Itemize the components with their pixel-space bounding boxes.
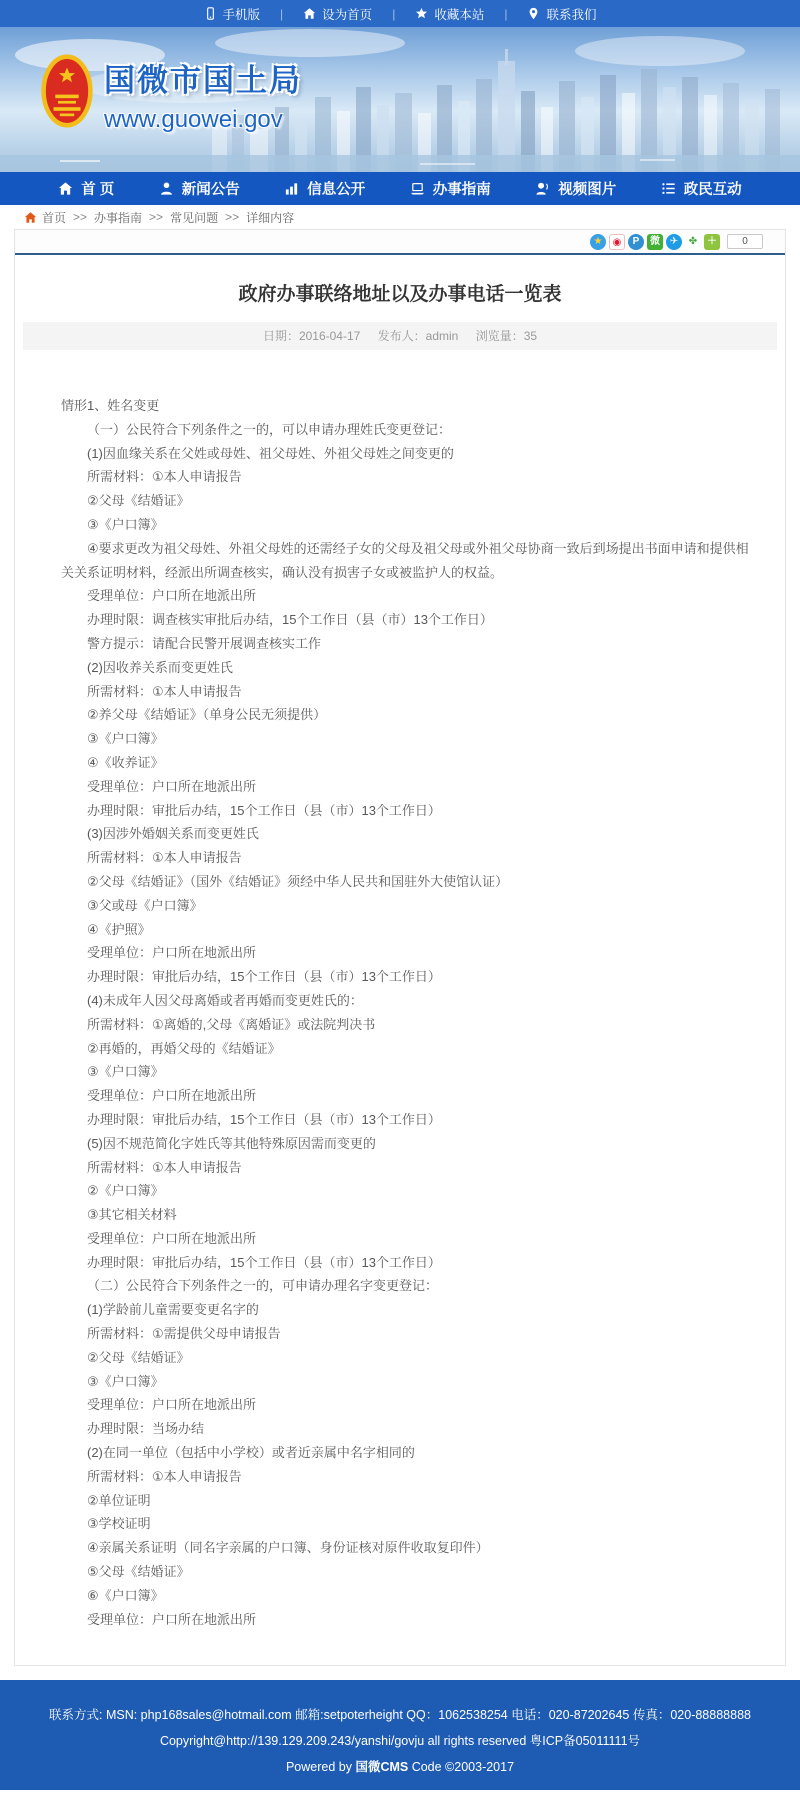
national-emblem-logo	[40, 53, 94, 134]
article-paragraph: 所需材料：①本人申请报告	[61, 1465, 751, 1489]
share-count[interactable]: 0	[727, 234, 763, 249]
breadcrumb-link-0[interactable]: 首页	[42, 209, 66, 226]
article-paragraph: (4)未成年人因父母离婚或者再婚而变更姓氏的：	[61, 989, 751, 1013]
topbar-links: 手机版|设为首页|收藏本站|联系我们	[184, 0, 617, 27]
article-paragraph: ③《户口簿》	[61, 1060, 751, 1084]
nav-item-3[interactable]: 办事指南	[410, 178, 491, 199]
chart-icon	[284, 181, 299, 196]
footer-copyright-line: Copyright@http://139.129.209.243/yanshi/…	[0, 1731, 800, 1749]
article-paragraph: (1)因血缘关系在父姓或母姓、祖父母姓、外祖父母姓之间变更的	[61, 442, 751, 466]
article-paragraph: 所需材料：①离婚的,父母《离婚证》或法院判决书	[61, 1013, 751, 1037]
article-paragraph: 办理时限：审批后办结，15个工作日（县（市）13个工作日）	[61, 1108, 751, 1132]
article-paragraph: ③父或母《户口簿》	[61, 894, 751, 918]
wechat-icon[interactable]: 微	[647, 234, 663, 250]
site-identity: 国微市国土局 www.guowei.gov	[104, 55, 302, 134]
tencent-weibo-icon[interactable]: P	[628, 234, 644, 250]
nav-item-2[interactable]: 信息公开	[284, 178, 365, 199]
site-title: 国微市国土局	[104, 55, 302, 100]
page-title: 政府办事联络地址以及办事电话一览表	[15, 279, 785, 306]
article-paragraph: ②养父母《结婚证》（单身公民无须提供）	[61, 703, 751, 727]
breadcrumb-link-1[interactable]: 办事指南	[94, 209, 142, 226]
breadcrumb: 首页>>办事指南>>常见问题>>详细内容	[0, 205, 800, 229]
article-paragraph: ⑤父母《结婚证》	[61, 1560, 751, 1584]
article-paragraph: ④《收养证》	[61, 751, 751, 775]
user-icon	[159, 181, 174, 196]
article-paragraph: 所需材料：①本人申请报告	[61, 846, 751, 870]
article-paragraph: 受理单位：户口所在地派出所	[61, 941, 751, 965]
article-paragraph: ④《护照》	[61, 918, 751, 942]
article-paragraph: 办理时限：调查核实审批后办结，15个工作日（县（市）13个工作日）	[61, 608, 751, 632]
article-publisher: 发布人：admin	[378, 329, 459, 343]
topbar: 手机版|设为首页|收藏本站|联系我们	[0, 0, 800, 27]
article-paragraph: (1)学龄前儿童需要变更名字的	[61, 1298, 751, 1322]
page-footer: 联系方式: MSN: php168sales@hotmail.com 邮箱:se…	[0, 1680, 800, 1790]
article-paragraph: ②单位证明	[61, 1489, 751, 1513]
breadcrumb-separator: >>	[149, 210, 163, 224]
home-icon	[303, 7, 316, 20]
topbar-link-3[interactable]: 联系我们	[507, 0, 616, 27]
article-paragraph: ③学校证明	[61, 1512, 751, 1536]
article-paragraph: 受理单位：户口所在地派出所	[61, 1608, 751, 1632]
footer-powered-line: Powered by 国微CMS Code ©2003-2017	[0, 1757, 800, 1775]
article-paragraph: ②父母《结婚证》	[61, 489, 751, 513]
nav-item-label: 首 页	[81, 178, 114, 199]
breadcrumb-separator: >>	[73, 210, 87, 224]
article-paragraph: ④要求更改为祖父母姓、外祖父母姓的还需经子女的父母及祖父母或外祖父母协商一致后到…	[61, 537, 751, 585]
article-paragraph: 受理单位：户口所在地派出所	[61, 1084, 751, 1108]
nav-item-label: 办事指南	[433, 178, 491, 199]
breadcrumb-separator: >>	[225, 210, 239, 224]
article: 政府办事联络地址以及办事电话一览表 日期：2016-04-17 发布人：admi…	[15, 279, 785, 1665]
article-paragraph: ③《户口簿》	[61, 1370, 751, 1394]
qq-share-icon[interactable]: ✈	[666, 234, 682, 250]
breadcrumb-link-2[interactable]: 常见问题	[170, 209, 218, 226]
main-navigation: 首 页新闻公告信息公开办事指南视频图片政民互动	[0, 172, 800, 205]
article-paragraph: ③《户口簿》	[61, 513, 751, 537]
nav-item-4[interactable]: 视频图片	[535, 178, 616, 199]
topbar-link-0[interactable]: 手机版	[184, 0, 281, 27]
video-icon	[535, 181, 550, 196]
article-paragraph: ③其它相关材料	[61, 1203, 751, 1227]
location-icon	[527, 7, 540, 20]
nav-item-0[interactable]: 首 页	[58, 178, 114, 199]
more-share-icon[interactable]: ＋	[704, 234, 720, 250]
article-paragraph: 受理单位：户口所在地派出所	[61, 584, 751, 608]
breadcrumb-current: 详细内容	[246, 209, 294, 226]
site-url: www.guowei.gov	[104, 106, 302, 134]
nav-item-5[interactable]: 政民互动	[661, 178, 742, 199]
article-paragraph: (2)在同一单位（包括中小学校）或者近亲属中名字相同的	[61, 1441, 751, 1465]
nav-item-label: 政民互动	[684, 178, 742, 199]
share-toolbar: ★◉P微✈✤＋0	[15, 230, 785, 255]
article-paragraph: 所需材料：①本人申请报告	[61, 680, 751, 704]
nav-item-label: 视频图片	[558, 178, 616, 199]
article-paragraph: 办理时限：审批后办结，15个工作日（县（市）13个工作日）	[61, 1251, 751, 1275]
article-paragraph: ④亲属关系证明（同名字亲属的户口簿、身份证核对原件收取复印件）	[61, 1536, 751, 1560]
cms-brand: 国微CMS	[355, 1760, 408, 1774]
site-header: 国微市国土局 www.guowei.gov	[0, 27, 800, 172]
article-paragraph: 所需材料：①本人申请报告	[61, 1156, 751, 1180]
topbar-link-2[interactable]: 收藏本站	[395, 0, 504, 27]
mobile-icon	[204, 7, 217, 20]
nav-item-label: 信息公开	[307, 178, 365, 199]
article-paragraph: 办理时限：审批后办结，15个工作日（县（市）13个工作日）	[61, 965, 751, 989]
article-paragraph: 受理单位：户口所在地派出所	[61, 775, 751, 799]
laptop-icon	[410, 181, 425, 196]
footer-contact-line: 联系方式: MSN: php168sales@hotmail.com 邮箱:se…	[0, 1705, 800, 1723]
article-paragraph: 办理时限：当场办结	[61, 1417, 751, 1441]
nav-item-label: 新闻公告	[182, 178, 240, 199]
breadcrumb-home-icon	[24, 211, 37, 224]
article-paragraph: 情形1、姓名变更	[61, 394, 751, 418]
article-paragraph: ②父母《结婚证》	[61, 1346, 751, 1370]
article-paragraph: ②父母《结婚证》（国外《结婚证》须经中华人民共和国驻外大使馆认证）	[61, 870, 751, 894]
topbar-link-label: 设为首页	[322, 5, 372, 23]
article-paragraph: ②再婚的，再婚父母的《结婚证》	[61, 1037, 751, 1061]
topbar-link-label: 收藏本站	[434, 5, 484, 23]
article-paragraph: (2)因收养关系而变更姓氏	[61, 656, 751, 680]
sina-weibo-icon[interactable]: ◉	[609, 234, 625, 250]
article-paragraph: 受理单位：户口所在地派出所	[61, 1393, 751, 1417]
article-paragraph: ③《户口簿》	[61, 727, 751, 751]
article-paragraph: 所需材料：①需提供父母申请报告	[61, 1322, 751, 1346]
topbar-link-1[interactable]: 设为首页	[283, 0, 392, 27]
article-paragraph: ②《户口簿》	[61, 1179, 751, 1203]
nav-item-1[interactable]: 新闻公告	[159, 178, 240, 199]
qzone-icon[interactable]: ★	[590, 234, 606, 250]
star-icon	[415, 7, 428, 20]
article-paragraph: ⑥《户口簿》	[61, 1584, 751, 1608]
article-paragraph: (5)因不规范简化字姓氏等其他特殊原因需而变更的	[61, 1132, 751, 1156]
article-date: 日期：2016-04-17	[263, 329, 360, 343]
topbar-link-label: 手机版	[223, 5, 261, 23]
article-paragraph: (3)因涉外婚姻关系而变更姓氏	[61, 822, 751, 846]
content-wrapper: ★◉P微✈✤＋0 政府办事联络地址以及办事电话一览表 日期：2016-04-17…	[14, 229, 786, 1666]
article-paragraph: （二）公民符合下列条件之一的，可申请办理名字变更登记：	[61, 1274, 751, 1298]
home-icon	[58, 181, 73, 196]
topbar-link-label: 联系我们	[546, 5, 596, 23]
article-paragraph: 办理时限：审批后办结，15个工作日（县（市）13个工作日）	[61, 799, 751, 823]
article-paragraph: 受理单位：户口所在地派出所	[61, 1227, 751, 1251]
list-icon	[661, 181, 676, 196]
article-paragraph: （一）公民符合下列条件之一的，可以申请办理姓氏变更登记：	[61, 418, 751, 442]
article-body: 情形1、姓名变更（一）公民符合下列条件之一的，可以申请办理姓氏变更登记：(1)因…	[15, 350, 785, 1631]
article-views: 浏览量：35	[476, 329, 537, 343]
article-paragraph: 警方提示：请配合民警开展调查核实工作	[61, 632, 751, 656]
article-meta: 日期：2016-04-17 发布人：admin 浏览量：35	[23, 322, 777, 350]
clover-icon[interactable]: ✤	[685, 234, 701, 250]
article-paragraph: 所需材料：①本人申请报告	[61, 465, 751, 489]
